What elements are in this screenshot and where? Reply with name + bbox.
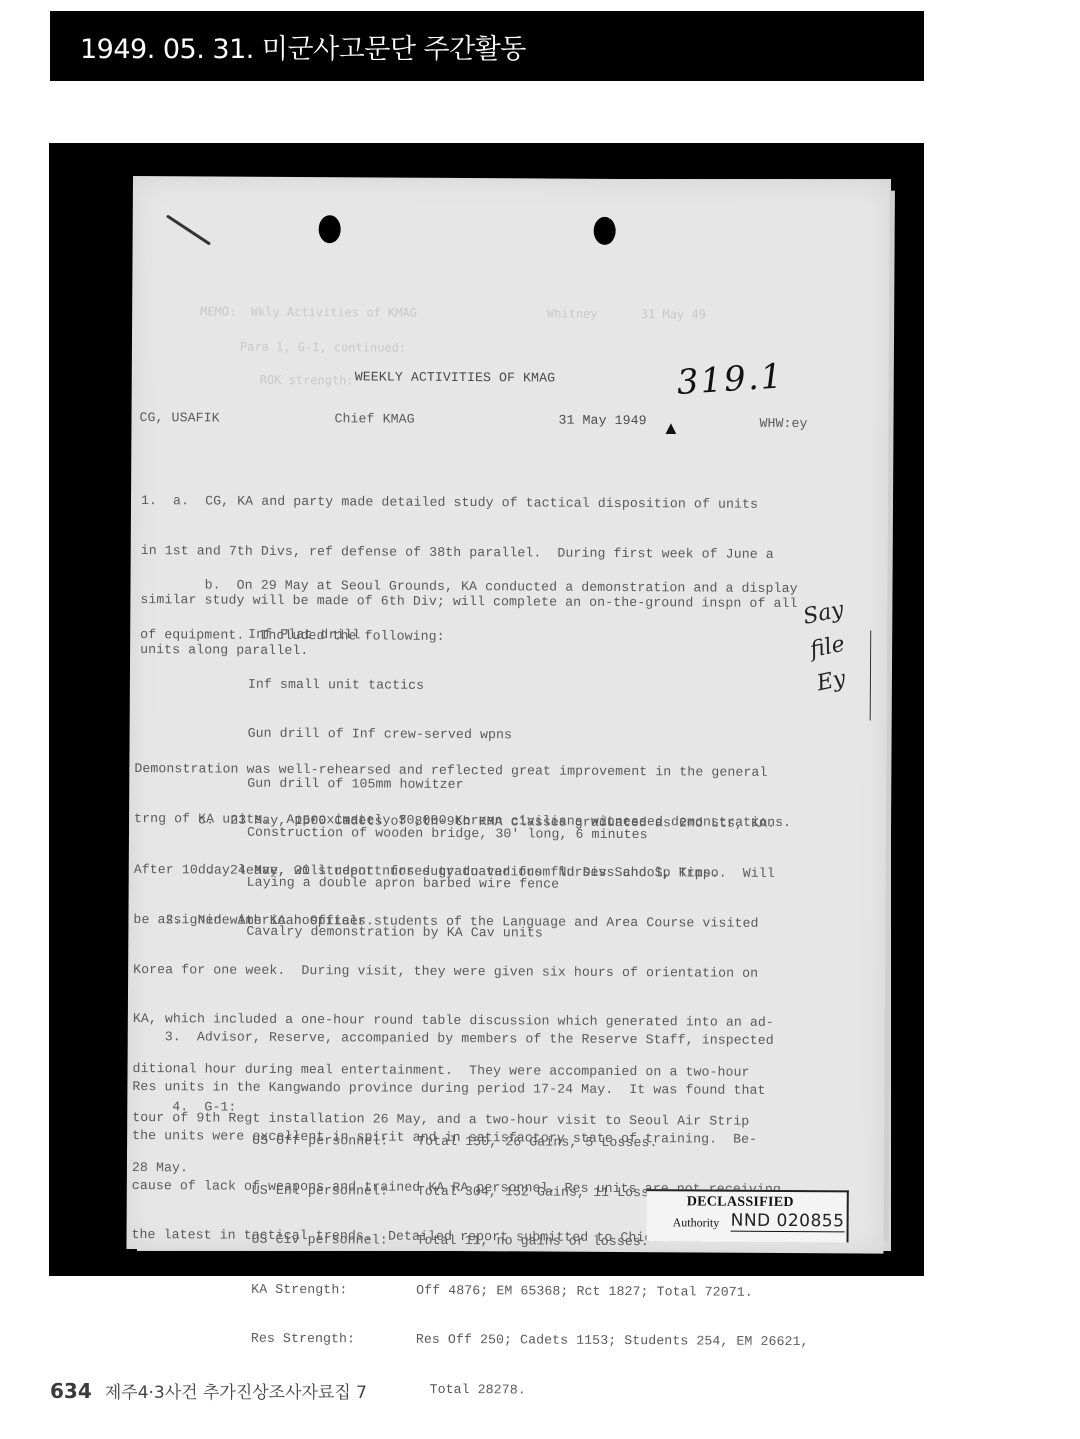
g1-value: Res Off 250; Cadets 1153; Students 254, … [416,1332,809,1351]
g1-table-keys: US Off personnel: US Enl personnel: US C… [251,1100,389,1381]
punch-hole-icon [594,217,616,245]
document-heading: WEEKLY ACTIVITIES OF KMAG [355,369,555,387]
g1-key: Res Strength: [251,1331,387,1348]
stamp-authority-label: Authority [673,1215,720,1230]
bleedthrough-text: MEMO: Wkly Activities of KMAG Whitney 31… [200,304,706,321]
g1-value: Total 150, 26 Gains, 5 Losses. [417,1134,810,1153]
declassified-stamp: DECLASSIFIED Authority NND 020855 [647,1189,849,1242]
page-title: 1949. 05. 31. 미군사고문단 주간활동 [80,27,526,66]
g1-key: KA Strength: [251,1281,387,1298]
book-title: 제주4·3사건 추가진상조사자료집 7 [105,1383,367,1403]
page-footer: 634 제주4·3사건 추가진상조사자료집 7 [50,1378,367,1403]
paragraph-4-label: 4. G-1: [172,1099,236,1116]
g1-key: US Enl personnel: [252,1182,388,1199]
g1-value: Off 4876; EM 65368; Rct 1827; Total 7207… [416,1282,809,1301]
routing-date: 31 May 1949 [558,413,646,430]
bleedthrough-text: Para 1, G-1, continued: [240,340,406,355]
list-item: Inf small unit tactics [248,676,649,695]
g1-value: Total 28278. [416,1381,809,1400]
file-number-handwritten: 319.1 [676,356,786,403]
page-header-bar: 1949. 05. 31. 미군사고문단 주간활동 [50,11,924,81]
routing-reference: WHW:ey [759,416,807,433]
paper-edge [884,191,895,1241]
margin-line [870,631,872,721]
check-mark: ▲ [665,420,676,436]
stamp-heading: DECLASSIFIED [687,1194,794,1211]
punch-hole-icon [319,215,341,243]
routing-from: Chief KMAG [334,411,414,428]
routing-to: CG, USAFIK [139,410,219,427]
g1-table-values: Total 150, 26 Gains, 5 Losses. Total 304… [415,1101,810,1433]
stamp-authority-number: NND 020855 [731,1211,845,1233]
scanned-document-frame: MEMO: Wkly Activities of KMAG Whitney 31… [49,143,924,1276]
g1-key: US Civ personnel: [251,1232,387,1249]
g1-key: US Off personnel: [252,1133,388,1150]
staple-mark-icon [166,214,211,245]
bleedthrough-text: ROK strength: [260,373,354,388]
handwritten-initials: Say file Ey [800,593,860,701]
page-number: 634 [50,1379,92,1403]
list-item: Inf Plat drill [248,627,649,646]
document-sheet: MEMO: Wkly Activities of KMAG Whitney 31… [126,176,890,1254]
